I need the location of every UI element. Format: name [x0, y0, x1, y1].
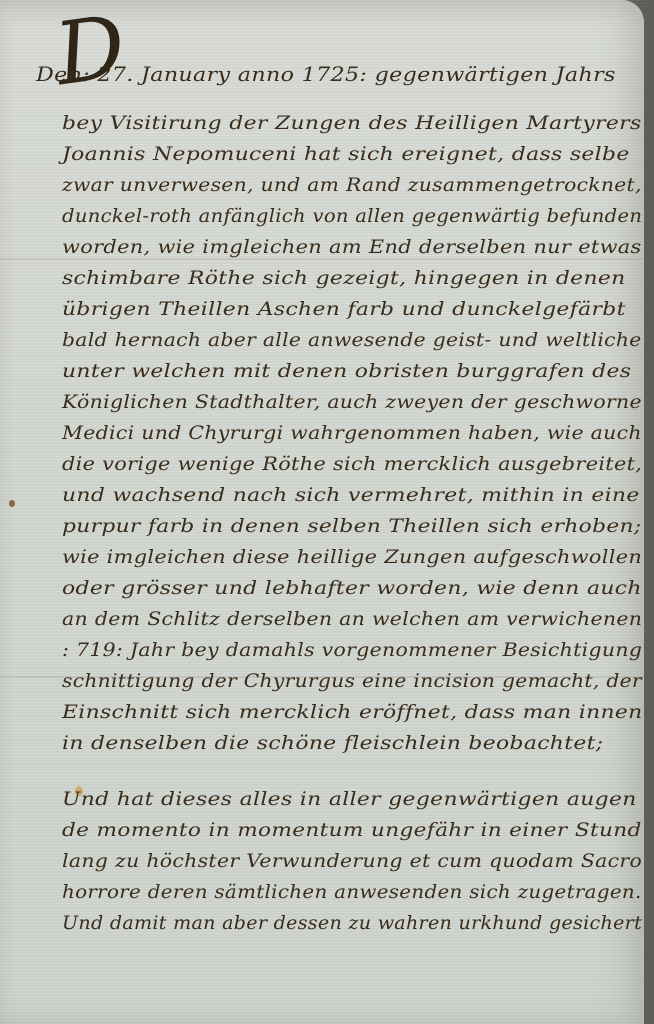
text-line: an dem Schlitz derselben an welchen am v… [62, 608, 642, 630]
text-line: de momento in momentum ungefähr in einer… [62, 819, 642, 841]
text-line: in denselben die schöne fleischlein beob… [62, 732, 603, 754]
text-line: dunckel-roth anfänglich von allen gegenw… [62, 205, 642, 227]
text-line: schnittigung der Chyrurgus eine incision… [62, 670, 642, 692]
text-line: die vorige wenige Röthe sich mercklich a… [62, 453, 642, 475]
manuscript-page: D Den: 27. January anno 1725: gegenwärti… [0, 0, 644, 1024]
text-line: Einschnitt sich mercklich eröffnet, dass… [62, 701, 643, 723]
text-line: worden, wie imgleichen am End derselben … [62, 236, 642, 258]
text-line: Den: 27. January anno 1725: gegenwärtige… [36, 62, 616, 86]
text-line: zwar unverwesen, und am Rand zusammenget… [62, 174, 642, 196]
text-line: bald hernach aber alle anwesende geist- … [62, 329, 642, 351]
text-line: Und damit man aber dessen zu wahren urkh… [62, 912, 642, 934]
text-line: Königlichen Stadthalter, auch zweyen der… [62, 391, 642, 413]
text-line: bey Visitirung der Zungen des Heilligen … [62, 112, 642, 134]
text-line: Medici und Chyrurgi wahrgenommen haben, … [62, 422, 642, 444]
text-line: und wachsend nach sich vermehret, mithin… [62, 484, 640, 506]
text-line: Joannis Nepomuceni hat sich ereignet, da… [62, 143, 630, 165]
text-line: übrigen Theillen Aschen farb und dunckel… [62, 298, 626, 320]
paper-stain [9, 500, 15, 507]
text-line: oder grösser und lebhafter worden, wie d… [62, 577, 642, 599]
text-line: horrore deren sämtlichen anwesenden sich… [62, 881, 642, 903]
text-line: schimbare Röthe sich gezeigt, hingegen i… [62, 267, 626, 289]
text-line: lang zu höchster Verwunderung et cum quo… [62, 850, 642, 872]
text-line: purpur farb in denen selben Theillen sic… [62, 515, 642, 537]
text-line: wie imgleichen diese heillige Zungen auf… [62, 546, 642, 568]
text-line: unter welchen mit denen obristen burggra… [62, 360, 631, 382]
text-line: Und hat dieses alles in aller gegenwärti… [62, 788, 637, 810]
paper-fold [0, 258, 644, 260]
text-line: : 719: Jahr bey damahls vorgenommener Be… [62, 639, 642, 661]
